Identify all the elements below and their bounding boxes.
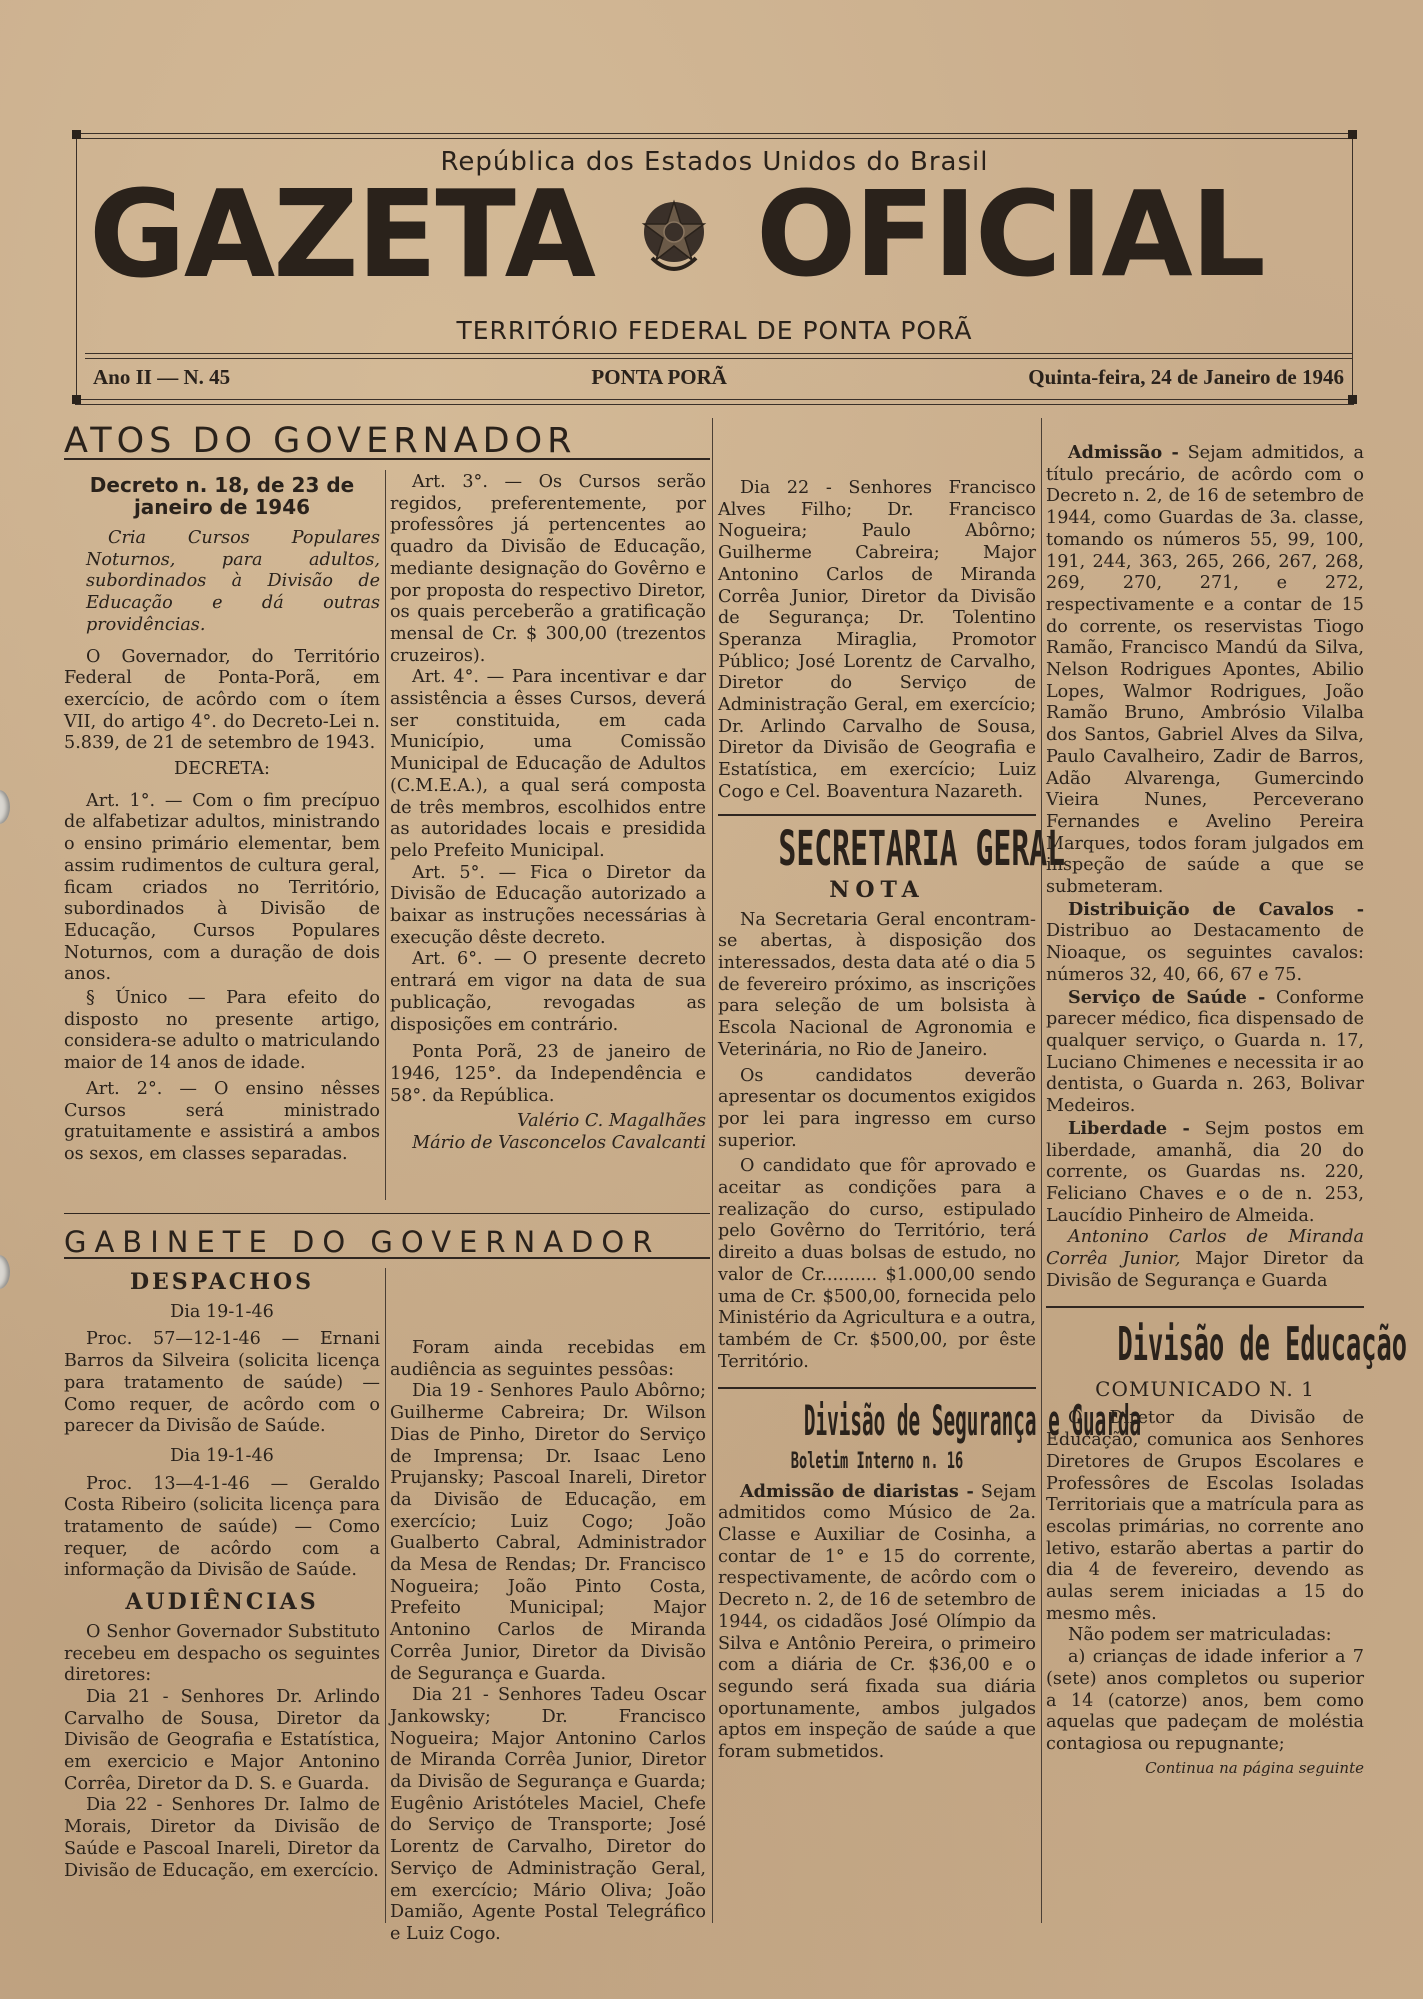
seguranca-top-rule bbox=[718, 1387, 1036, 1389]
divisao-educacao: Divisão de Educação COMUNICADO N. 1 O Di… bbox=[1046, 1320, 1364, 1779]
title-left: GAZETA bbox=[89, 174, 594, 294]
title-right: OFICIAL bbox=[756, 175, 1264, 293]
decree-art-4: Art. 4°. — Para incentivar e dar assistê… bbox=[390, 667, 706, 862]
gabinete-column-1: DESPACHOS Dia 19-1-46 Proc. 57—12-1-46 —… bbox=[64, 1272, 380, 1882]
continua-note: Continua na página seguinte bbox=[1046, 1758, 1364, 1780]
servico-saude: Serviço de Saúde - Conforme parecer médi… bbox=[1046, 987, 1364, 1118]
admissao: Admissão - Sejam admitidos, a título pre… bbox=[1046, 442, 1364, 899]
despacho-date: Dia 19-1-46 bbox=[64, 1446, 380, 1468]
decree-art-6: Art. 6°. — O presente decreto entrará em… bbox=[390, 949, 706, 1036]
atos-heading-rule bbox=[64, 458, 710, 460]
cavalos-label: Distribuição de Cavalos - bbox=[1068, 899, 1364, 920]
section-heading-atos: ATOS DO GOVERNADOR bbox=[64, 424, 577, 459]
column-divider bbox=[1041, 418, 1042, 1923]
foram-intro: Foram ainda recebidas em audiência as se… bbox=[390, 1338, 706, 1381]
decree-art-5: Art. 5°. — Fica o Diretor da Divisão de … bbox=[390, 863, 706, 950]
distribuicao-cavalos: Distribuição de Cavalos - Distribuo ao D… bbox=[1046, 899, 1364, 987]
newspaper-title: GAZETA OFICIAL bbox=[89, 175, 1352, 293]
decree-title: Decreto n. 18, de 23 de janeiro de 1946 bbox=[64, 474, 380, 518]
masthead-top-rule bbox=[75, 133, 1354, 139]
nota-heading: NOTA bbox=[718, 880, 1036, 902]
secretaria-geral: SECRETARIA GERAL NOTA Na Secretaria Gera… bbox=[718, 824, 1036, 1374]
educacao-heading: Divisão de Educação bbox=[1118, 1320, 1293, 1368]
binder-hole-top bbox=[0, 790, 10, 824]
secretaria-paragraph-3: O candidato que fôr aprovado e aceitar a… bbox=[718, 1156, 1036, 1373]
gabinete-column-2: Foram ainda recebidas em audiência as se… bbox=[390, 1272, 706, 1946]
admissao-label: Admissão - bbox=[1068, 442, 1179, 463]
secretaria-top-rule bbox=[718, 814, 1036, 816]
secretaria-paragraph-2: Os candidatos deverão apresentar os docu… bbox=[718, 1066, 1036, 1153]
masthead-info-bar: Ano II — N. 45 PONTA PORÃ Quinta-feira, … bbox=[93, 365, 1344, 390]
comunicado-heading: COMUNICADO N. 1 bbox=[1046, 1379, 1364, 1401]
decree-preamble: O Governador, do Território Federal de P… bbox=[64, 647, 380, 756]
gabinete-top-rule bbox=[64, 1213, 710, 1214]
decree-ementa: Cria Cursos Populares Noturnos, para adu… bbox=[64, 528, 380, 637]
column-divider bbox=[385, 470, 386, 1200]
masthead-bottom-rule bbox=[75, 399, 1354, 405]
saude-label: Serviço de Saúde - bbox=[1068, 987, 1265, 1008]
issue-date: Quinta-feira, 24 de Janeiro de 1946 bbox=[1028, 365, 1344, 390]
issue-number: Ano II — N. 45 bbox=[93, 365, 230, 390]
corner-ornament bbox=[1348, 395, 1357, 404]
decree-signature-1: Valério C. Magalhães bbox=[390, 1111, 706, 1133]
educacao-paragraph-3: a) crianças de idade inferior a 7 (sete)… bbox=[1046, 1647, 1364, 1756]
secretaria-heading: SECRETARIA GERAL bbox=[778, 824, 975, 874]
educacao-paragraph-2: Não podem ser matriculadas: bbox=[1046, 1625, 1364, 1647]
audiencias-dia-21: Dia 21 - Senhores Dr. Arlindo Carvalho d… bbox=[64, 1687, 380, 1796]
foram-dia-22: Dia 22 - Senhores Francisco Alves Filho;… bbox=[718, 478, 1036, 804]
decree-column-1: Decreto n. 18, de 23 de janeiro de 1946 … bbox=[64, 474, 380, 1166]
seguranca-heading: Divisão de Segurança e Guarda bbox=[804, 1399, 950, 1443]
audiencias-dia-22: Dia 22 - Senhores Dr. Ialmo de Morais, D… bbox=[64, 1795, 380, 1882]
boletim-heading: Boletim Interno n. 16 bbox=[778, 1450, 975, 1473]
binder-hole-bottom bbox=[0, 1255, 10, 1289]
despacho-entry: Proc. 57—12-1-46 — Ernani Barros da Silv… bbox=[64, 1329, 380, 1438]
despacho-entry: Proc. 13—4-1-46 — Geraldo Costa Ribeiro … bbox=[64, 1474, 380, 1583]
corner-ornament bbox=[72, 395, 81, 404]
decree-art-2: Art. 2°. — O ensino nêsses Cursos será m… bbox=[64, 1079, 380, 1166]
column-divider bbox=[712, 418, 713, 1923]
masthead-territorio: TERRITÓRIO FEDERAL DE PONTA PORÃ bbox=[77, 316, 1352, 345]
admissao-diaristas: Admissão de diaristas - Sejam admitidos … bbox=[718, 1481, 1036, 1764]
column-3: Dia 22 - Senhores Francisco Alves Filho;… bbox=[718, 418, 1036, 1764]
corner-ornament bbox=[1348, 130, 1357, 139]
decreta-label: DECRETA: bbox=[64, 759, 380, 781]
section-heading-gabinete: GABINETE DO GOVERNADOR bbox=[64, 1228, 660, 1257]
decree-art-1: Art. 1°. — Com o fim precípuo de alfabet… bbox=[64, 791, 380, 986]
audiencias-intro: O Senhor Governador Substituto recebeu e… bbox=[64, 1622, 380, 1687]
despachos-heading: DESPACHOS bbox=[64, 1272, 380, 1294]
cavalos-text: Distribuo ao Destacamento de Nioaque, os… bbox=[1046, 921, 1364, 984]
secretaria-paragraph-1: Na Secretaria Geral encontram-se abertas… bbox=[718, 910, 1036, 1062]
masthead: República dos Estados Unidos do Brasil G… bbox=[76, 133, 1353, 403]
divisao-seguranca: Divisão de Segurança e Guarda Boletim In… bbox=[718, 1399, 1036, 1763]
city: PONTA PORÃ bbox=[591, 365, 727, 390]
seguranca-signature: Antonino Carlos de Miranda Corrêa Junior… bbox=[1046, 1227, 1364, 1292]
admissao-diaristas-text: Sejam admitidos como Músico de 2a. Class… bbox=[718, 1482, 1036, 1762]
decree-paragrafo-unico: § Único — Para efeito do disposto no pre… bbox=[64, 988, 380, 1075]
admissao-text: Sejam admitidos, a título precário, de a… bbox=[1046, 443, 1364, 897]
admissao-diaristas-label: Admissão de diaristas - bbox=[740, 1481, 974, 1502]
decree-art-3: Art. 3°. — Os Cursos serão regidos, pref… bbox=[390, 472, 706, 667]
masthead-mid-rule bbox=[85, 353, 1352, 359]
educacao-paragraph-1: O Diretor da Divisão de Educação, comuni… bbox=[1046, 1408, 1364, 1625]
liberdade: Liberdade - Sejm postos em liberdade, am… bbox=[1046, 1118, 1364, 1228]
liberdade-label: Liberdade - bbox=[1068, 1118, 1190, 1139]
column-divider bbox=[385, 1268, 386, 1923]
decree-signature-2: Mário de Vasconcelos Cavalcanti bbox=[390, 1133, 706, 1155]
educacao-top-rule bbox=[1046, 1306, 1364, 1308]
audiencias-heading: AUDIÊNCIAS bbox=[64, 1592, 380, 1614]
despacho-date: Dia 19-1-46 bbox=[64, 1302, 380, 1324]
coat-of-arms-icon bbox=[638, 188, 710, 280]
decree-closing: Ponta Porã, 23 de janeiro de 1946, 125°.… bbox=[390, 1042, 706, 1107]
gabinete-heading-rule bbox=[64, 1257, 710, 1259]
decree-column-2: Art. 3°. — Os Cursos serão regidos, pref… bbox=[390, 472, 706, 1155]
column-4: Admissão - Sejam admitidos, a título pre… bbox=[1046, 418, 1364, 1779]
corner-ornament bbox=[72, 130, 81, 139]
foram-dia-21: Dia 21 - Senhores Tadeu Oscar Jankowsky;… bbox=[390, 1685, 706, 1945]
foram-dia-19: Dia 19 - Senhores Paulo Abôrno; Guilherm… bbox=[390, 1381, 706, 1685]
